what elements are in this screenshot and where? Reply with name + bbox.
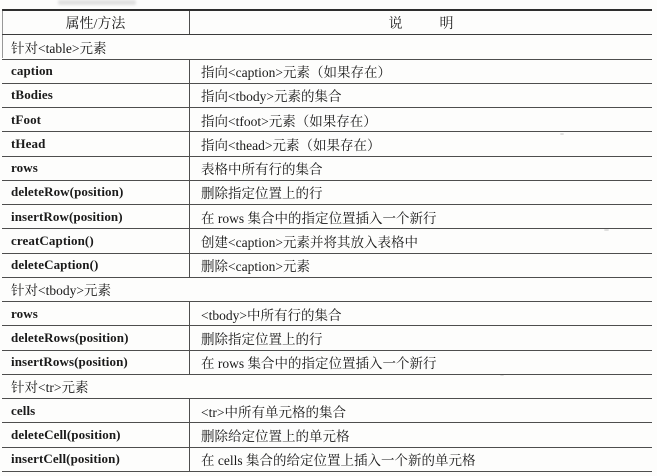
table-row: insertRows(position) 在 rows 集合中的指定位置插入一个… <box>2 351 652 375</box>
table-left-border <box>2 9 3 58</box>
table-row: deleteRows(position) 删除指定位置上的行 <box>2 326 652 350</box>
description-cell: 指向<caption>元素（如果存在） <box>190 60 652 83</box>
property-cell: tFoot <box>2 108 190 131</box>
table-row: insertRow(position) 在 rows 集合中的指定位置插入一个新… <box>2 205 652 229</box>
table-row: tBodies 指向<tbody>元素的集合 <box>2 84 652 108</box>
section-row-tbody-element: 针对<tbody>元素 <box>2 278 652 302</box>
table-row: caption 指向<caption>元素（如果存在） <box>2 60 652 84</box>
property-cell: tHead <box>2 132 190 155</box>
property-cell: insertRows(position) <box>2 351 190 374</box>
description-cell: <tr>中所有单元格的集合 <box>190 399 652 422</box>
description-cell: 删除指定位置上的行 <box>190 326 652 349</box>
property-cell: deleteCell(position) <box>2 423 190 446</box>
property-cell: cells <box>2 399 190 422</box>
section-row-tr-element: 针对<tr>元素 <box>2 375 652 399</box>
column-header-description: 说 明 <box>190 11 652 34</box>
description-cell: 表格中所有行的集合 <box>190 157 652 180</box>
description-cell: 在 rows 集合中的指定位置插入一个新行 <box>190 351 652 374</box>
dom-table-properties-table: 属性/方法 说 明 针对<table>元素 caption 指向<caption… <box>2 9 652 472</box>
property-cell: deleteCaption() <box>2 254 190 277</box>
property-cell: creatCaption() <box>2 229 190 252</box>
section-row-table-element: 针对<table>元素 <box>2 35 652 59</box>
scan-artifact-smudge <box>58 0 136 5</box>
table-row: rows <tbody>中所有行的集合 <box>2 302 652 326</box>
table-row: deleteCell(position) 删除给定位置上的单元格 <box>2 423 652 447</box>
table-header-row: 属性/方法 说 明 <box>2 11 652 35</box>
section-label: 针对<table>元素 <box>11 37 106 57</box>
property-cell: insertCell(position) <box>2 448 190 471</box>
table-row: tHead 指向<thead>元素（如果存在） <box>2 132 652 156</box>
table-row: deleteCaption() 删除<caption>元素 <box>2 254 652 278</box>
description-cell: 创建<caption>元素并将其放入表格中 <box>190 229 652 252</box>
description-cell: 在 rows 集合中的指定位置插入一个新行 <box>190 205 652 228</box>
description-cell: 指向<tfoot>元素（如果存在） <box>190 108 652 131</box>
description-cell: 指向<thead>元素（如果存在） <box>190 132 652 155</box>
description-cell: 删除给定位置上的单元格 <box>190 423 652 446</box>
section-label: 针对<tbody>元素 <box>11 279 111 299</box>
table-row: deleteRow(position) 删除指定位置上的行 <box>2 181 652 205</box>
scanned-document-page: 属性/方法 说 明 针对<table>元素 caption 指向<caption… <box>0 0 657 476</box>
property-cell: rows <box>2 157 190 180</box>
description-cell: 指向<tbody>元素的集合 <box>190 84 652 107</box>
property-cell: deleteRow(position) <box>2 181 190 204</box>
table-row: rows 表格中所有行的集合 <box>2 157 652 181</box>
description-cell: 删除<caption>元素 <box>190 254 652 277</box>
property-cell: deleteRows(position) <box>2 326 190 349</box>
property-cell: caption <box>2 60 190 83</box>
table-row: insertCell(position) 在 cells 集合的给定位置上插入一… <box>2 448 652 472</box>
description-cell: <tbody>中所有行的集合 <box>190 302 652 325</box>
column-header-property: 属性/方法 <box>2 11 190 34</box>
section-label: 针对<tr>元素 <box>11 376 88 396</box>
property-cell: rows <box>2 302 190 325</box>
table-row: cells <tr>中所有单元格的集合 <box>2 399 652 423</box>
table-row: creatCaption() 创建<caption>元素并将其放入表格中 <box>2 229 652 253</box>
property-cell: tBodies <box>2 84 190 107</box>
property-cell: insertRow(position) <box>2 205 190 228</box>
table-row: tFoot 指向<tfoot>元素（如果存在） <box>2 108 652 132</box>
description-cell: 在 cells 集合的给定位置上插入一个新的单元格 <box>190 448 652 471</box>
description-cell: 删除指定位置上的行 <box>190 181 652 204</box>
